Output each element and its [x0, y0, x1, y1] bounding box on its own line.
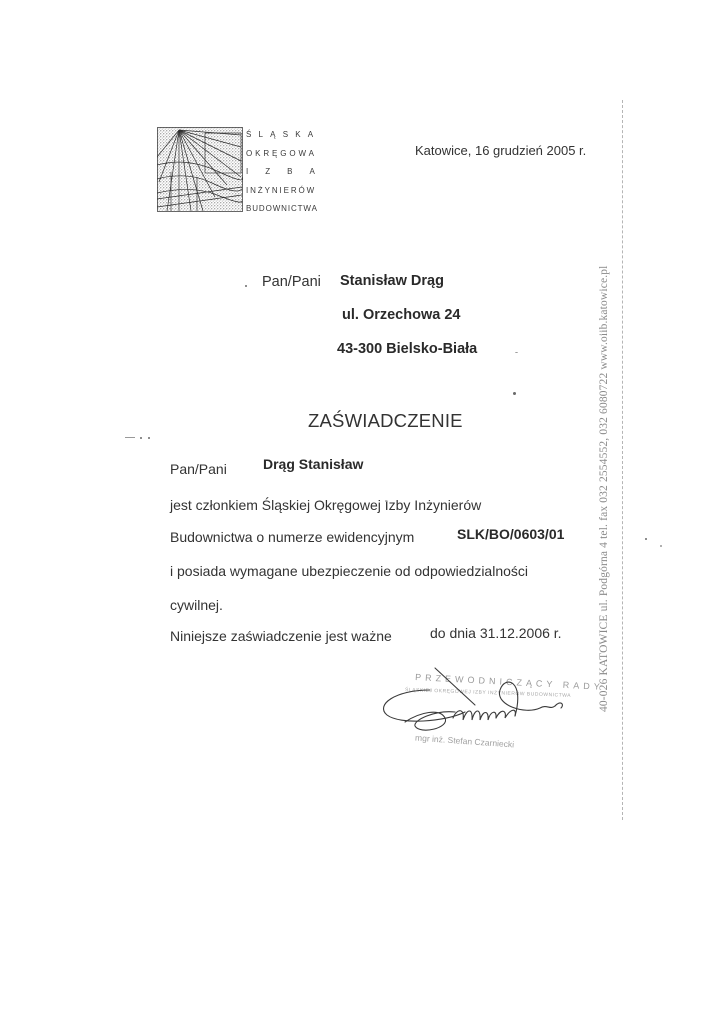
register-number: SLK/BO/0603/01: [457, 526, 564, 542]
logo-line-2: OKRĘGOWA: [246, 145, 336, 164]
insurance-line-continued: cywilnej.: [170, 597, 223, 613]
fold-line-divider: [622, 100, 623, 820]
logo-line-4: INŻYNIERÓW: [246, 182, 336, 201]
addressee-street: ul. Orzechowa 24: [342, 307, 460, 323]
addressee-name: Stanisław Drąg: [340, 273, 444, 289]
official-stamp: PRZEWODNICZĄCY RADY ŚLĄSKIEJ OKRĘGOWEJ I…: [375, 660, 585, 770]
logo-line-1: ŚLĄSKA: [246, 126, 336, 145]
logo-line-3: IZBA: [246, 163, 336, 182]
validity-line: Niniejsze zaświadczenie jest ważne: [170, 628, 392, 644]
place-and-date: Katowice, 16 grudzień 2005 r.: [415, 143, 586, 158]
insurance-line: i posiada wymagane ubezpieczenie od odpo…: [170, 563, 528, 579]
salutation-label: Pan/Pani: [170, 461, 227, 477]
organization-contact-footer: 40-026 KATOWICE ul. Podgórna 4 tel. fax …: [598, 265, 610, 712]
document-title: ZAŚWIADCZENIE: [308, 410, 463, 432]
handwritten-signature-icon: [375, 660, 585, 770]
membership-line: jest członkiem Śląskiej Okręgowej Izby I…: [170, 497, 481, 513]
logo-line-5: BUDOWNICTWA: [246, 200, 336, 219]
organization-name: ŚLĄSKA OKRĘGOWA IZBA INŻYNIERÓW BUDOWNIC…: [246, 126, 336, 219]
valid-until-date: do dnia 31.12.2006 r.: [430, 625, 562, 641]
holder-name: Drąg Stanisław: [263, 456, 363, 472]
chamber-emblem-icon: [157, 127, 243, 212]
addressee-city: 43-300 Bielsko-Biała: [337, 341, 477, 357]
register-line: Budownictwa o numerze ewidencyjnym: [170, 529, 414, 545]
addressee-label: Pan/Pani: [262, 274, 321, 290]
